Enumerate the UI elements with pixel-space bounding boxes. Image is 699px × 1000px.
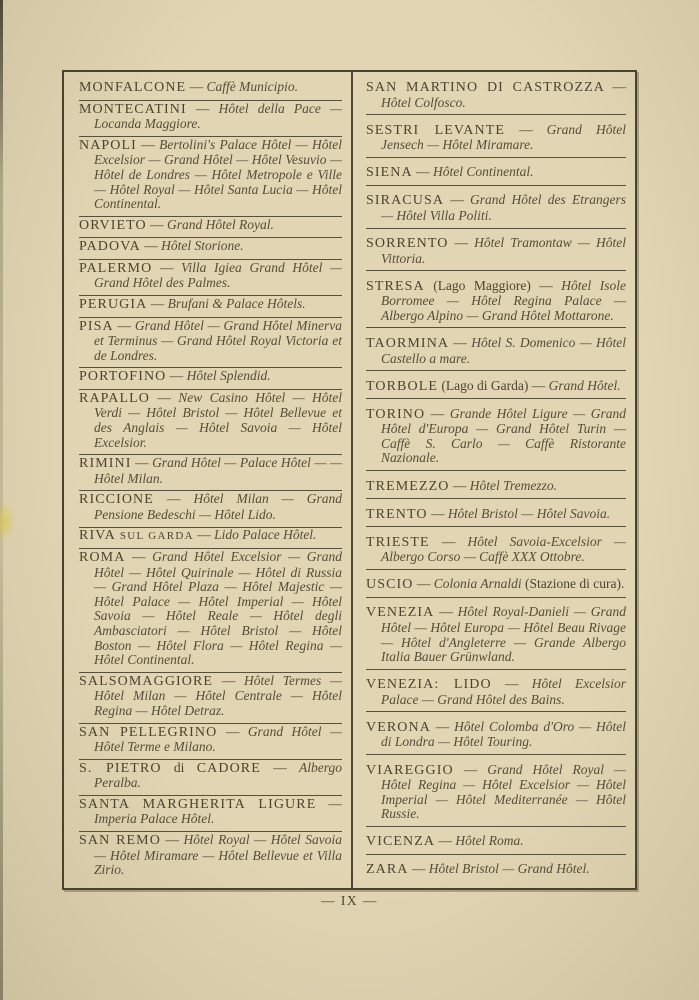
city-name: SANTA MARGHERITA LIGURE [79,797,316,812]
city-name: PORTOFINO [79,369,166,384]
column-right: SAN MARTINO DI CASTROZZA — Hôtel Colfosc… [353,72,635,888]
entry-block: VENEZIA: LIDO — Hôtel Excelsior Palace —… [366,677,626,712]
separator-text: (Lago Maggiore) — [425,278,562,293]
directory-entry: SAN PELLEGRINO — Grand Hôtel — Hôtel Ter… [79,725,342,755]
city-name: ZARA [366,862,409,877]
city-name: SORRENTO [366,236,448,251]
city-name: VENEZIA [366,605,434,620]
hotel-list: Lido Palace Hôtel. [214,527,316,542]
directory-entry: VICENZA — Hôtel Roma. [366,834,626,850]
directory-entry: SESTRI LEVANTE — Grand Hôtel Jensech — H… [366,123,626,153]
entry-rule [366,327,626,328]
entry-block: RIMINI — Grand Hôtel — Palace Hôtel — — … [79,456,342,491]
entry-block: VERONA — Hôtel Colomba d'Oro — Hôtel di … [366,720,626,755]
separator-text: — [114,318,135,333]
city-name: SAN REMO [79,833,161,848]
city-name: RICCIONE [79,492,154,507]
directory-entry: PERUGIA — Brufani & Palace Hôtels. [79,297,342,313]
entry-block: S. PIETRO di CADORE — Albergo Peralba. [79,761,342,796]
entry-block: PADOVA — Hôtel Storione. [79,239,342,260]
column-left: MONFALCONE — Caffè Municipio.MONTECATINI… [64,72,353,888]
directory-entry: VERONA — Hôtel Colomba d'Oro — Hôtel di … [366,720,626,750]
separator-text: — [154,491,194,506]
directory-entry: RAPALLO — New Casino Hôtel — Hôtel Verdi… [79,391,342,450]
entry-block: SAN REMO — Hôtel Royal — Hôtel Savoia — … [79,833,342,878]
city-name: TORINO [366,407,425,422]
directory-entry: MONTECATINI — Hôtel della Pace — Locanda… [79,102,342,132]
entry-block: SANTA MARGHERITA LIGURE — Imperia Palace… [79,797,342,832]
directory-entry: SAN MARTINO DI CASTROZZA — Hôtel Colfosc… [366,80,626,110]
entry-rule [366,370,626,371]
separator-text: — [217,724,247,739]
entry-block: SIRACUSA — Grand Hôtel des Etrangers — H… [366,193,626,228]
directory-entry: ORVIETO — Grand Hôtel Royal. [79,218,342,234]
entry-block: TORINO — Grande Hôtel Ligure — Grand Hôt… [366,407,626,471]
directory-entry: MONFALCONE — Caffè Municipio. [79,80,342,96]
entry-rule [366,754,626,755]
entry-block: PISA — Grand Hôtel — Grand Hôtel Minerva… [79,319,342,369]
city-name: PALERMO [79,261,152,276]
directory-entry: PORTOFINO — Hôtel Splendid. [79,369,342,385]
separator-text: — [449,335,471,350]
entry-rule [366,398,626,399]
directory-entry: PALERMO — Villa Igiea Grand Hôtel — Gran… [79,261,342,291]
directory-entry: SIENA — Hôtel Continental. [366,165,626,181]
hotel-list: Hôtel Storione. [161,238,244,253]
page-number: — IX — [62,893,637,909]
entry-rule [366,569,626,570]
separator-text: — [186,79,206,94]
separator-text: — [125,549,152,564]
entry-block: ZARA — Hôtel Bristol — Grand Hôtel. [366,862,626,878]
entry-block: TAORMINA — Hôtel S. Domenico — Hôtel Cas… [366,336,626,371]
separator-text: — [152,260,181,275]
separator-text: — [147,296,167,311]
city-name: SIRACUSA [366,193,444,208]
directory-entry: SORRENTO — Hôtel Tramontaw — Hôtel Vitto… [366,236,626,266]
entry-block: USCIO — Colonia Arnaldi (Stazione di cur… [366,577,626,598]
entry-block: MONFALCONE — Caffè Municipio. [79,80,342,101]
city-name: SAN PELLEGRINO [79,725,217,740]
separator-text: — [431,719,454,734]
city-name: VICENZA [366,834,435,849]
city-name: PADOVA [79,239,141,254]
city-name: TREMEZZO [366,479,449,494]
city-name: RIMINI [79,456,131,471]
separator-text: — [137,137,159,152]
city-name: SAN MARTINO DI CASTROZZA [366,80,605,95]
hotel-list: Grand Hôtel Excelsior — Grand Hôtel — Hô… [94,549,342,667]
directory-entry: RIMINI — Grand Hôtel — Palace Hôtel — — … [79,456,342,486]
city-name: SESTRI LEVANTE [366,123,505,138]
city-name: MONFALCONE [79,80,186,95]
directory-entry: TRENTO — Hôtel Bristol — Hôtel Savoia. [366,507,626,523]
entry-block: ORVIETO — Grand Hôtel Royal. [79,218,342,239]
city-name: SIENA [366,165,413,180]
separator-text: (Lago di Garda) — [438,378,549,393]
directory-entry: SIRACUSA — Grand Hôtel des Etrangers — H… [366,193,626,223]
entry-block: STRESA (Lago Maggiore) — Hôtel Isole Bor… [366,279,626,329]
city-name: ORVIETO [79,218,147,233]
separator-text: — [492,676,532,691]
directory-entry: ROMA — Grand Hôtel Excelsior — Grand Hôt… [79,550,342,668]
entry-rule [79,795,342,796]
entry-block: SALSOMAGGIORE — Hôtel Termes — Hôtel Mil… [79,674,342,724]
directory-entry: TRIESTE — Hôtel Savoia-Excelsior — Alber… [366,535,626,565]
hotel-list: Imperia Palace Hôtel. [94,811,214,826]
hotel-list: Hôtel Tremezzo. [470,478,557,493]
hotel-list: Caffè Municipio. [206,79,298,94]
directory-entry: TORINO — Grande Hôtel Ligure — Grand Hôt… [366,407,626,466]
entry-rule [366,826,626,827]
city-name: STRESA [366,279,425,294]
city-name: S. PIETRO [79,761,162,776]
entry-rule [366,711,626,712]
entry-rule [366,228,626,229]
directory-entry: SANTA MARGHERITA LIGURE — Imperia Palace… [79,797,342,827]
directory-entry: VIAREGGIO — Grand Hôtel Royal — Hôtel Re… [366,763,626,822]
entry-block: ROMA — Grand Hôtel Excelsior — Grand Hôt… [79,550,342,673]
separator-text: — [425,406,450,421]
hotel-list: Grand Hôtel. [549,378,621,393]
entry-block: VIAREGGIO — Grand Hôtel Royal — Hôtel Re… [366,763,626,827]
entry-block: VENEZIA — Hôtel Royal-Danieli — Grand Hô… [366,605,626,669]
city-name: TAORMINA [366,336,449,351]
separator-text: — [448,235,474,250]
directory-entry: TREMEZZO — Hôtel Tremezzo. [366,479,626,495]
separator-text: — [213,673,244,688]
entry-block: SORRENTO — Hôtel Tramontaw — Hôtel Vitto… [366,236,626,271]
entry-rule [366,669,626,670]
entry-rule [366,470,626,471]
entry-block: SAN PELLEGRINO — Grand Hôtel — Hôtel Ter… [79,725,342,760]
separator-text: — [434,604,457,619]
separator-text: — [141,238,161,253]
city-name: TORBOLE [366,379,438,394]
separator-text: (Stazione di cura). [525,576,624,591]
entry-block: TORBOLE (Lago di Garda) — Grand Hôtel. [366,379,626,400]
entry-rule [366,114,626,115]
entry-rule [366,157,626,158]
city-name: RAPALLO [79,391,150,406]
separator-text: — [131,455,152,470]
separator-text: — [409,861,429,876]
separator-text: — [444,192,470,207]
directory-entry: RIVA SUL GARDA — Lido Palace Hôtel. [79,528,342,544]
entry-rule [366,597,626,598]
entry-block: TRIESTE — Hôtel Savoia-Excelsior — Alber… [366,535,626,570]
city-name: TRENTO [366,507,428,522]
separator-text: — [413,164,433,179]
entry-rule [366,854,626,855]
entry-block: RIVA SUL GARDA — Lido Palace Hôtel. [79,528,342,549]
page-edge-line [0,0,3,1000]
separator-text: — [261,760,299,775]
hotel-list: Hôtel Bristol — Hôtel Savoia. [448,506,610,521]
separator-text: — [187,101,219,116]
hotel-list: Hôtel Colfosco. [381,95,466,110]
hotel-list: Colonia Arnaldi [434,576,525,591]
directory-entry: PISA — Grand Hôtel — Grand Hôtel Minerva… [79,319,342,364]
city-name: PERUGIA [79,297,147,312]
directory-entry: S. PIETRO di CADORE — Albergo Peralba. [79,761,342,791]
separator-text: — [414,576,434,591]
city-name: VERONA [366,720,431,735]
city-name: SUL GARDA [116,530,194,542]
entry-block: PALERMO — Villa Igiea Grand Hôtel — Gran… [79,261,342,296]
entry-rule [366,270,626,271]
entry-block: NAPOLI — Bertolini's Palace Hôtel — Hôte… [79,138,342,217]
hotel-list: Brufani & Palace Hôtels. [168,296,306,311]
separator-text: — [194,527,214,542]
city-name: VIAREGGIO [366,763,454,778]
scanned-page: MONFALCONE — Caffè Municipio.MONTECATINI… [0,0,699,1000]
hotel-list: Hôtel Bristol — Grand Hôtel. [429,861,590,876]
city-name: RIVA [79,528,116,543]
separator-text: — [428,506,448,521]
separator-text: — [605,79,626,94]
separator-text: — [150,390,178,405]
directory-entry: TORBOLE (Lago di Garda) — Grand Hôtel. [366,379,626,395]
entry-block: SAN MARTINO DI CASTROZZA — Hôtel Colfosc… [366,80,626,115]
separator-text: — [454,762,488,777]
separator-text: — [430,534,468,549]
entry-rule [366,526,626,527]
directory-entry: NAPOLI — Bertolini's Palace Hôtel — Hôte… [79,138,342,212]
city-name: ROMA [79,550,125,565]
directory-entry: PADOVA — Hôtel Storione. [79,239,342,255]
hotel-list: Hôtel Roma. [455,833,523,848]
directory-entry: TAORMINA — Hôtel S. Domenico — Hôtel Cas… [366,336,626,366]
entry-block: PORTOFINO — Hôtel Splendid. [79,369,342,390]
separator-text: — [316,796,342,811]
entry-block: SIENA — Hôtel Continental. [366,165,626,186]
entry-block: MONTECATINI — Hôtel della Pace — Locanda… [79,102,342,137]
entry-block: RAPALLO — New Casino Hôtel — Hôtel Verdi… [79,391,342,455]
separator-text: di [162,760,197,775]
city-name: USCIO [366,577,414,592]
city-name: VENEZIA: LIDO [366,677,492,692]
directory-entry: ZARA — Hôtel Bristol — Grand Hôtel. [366,862,626,878]
city-name: TRIESTE [366,535,430,550]
city-name: PISA [79,319,114,334]
entry-block: RICCIONE — Hôtel Milan — Grand Pensione … [79,492,342,527]
directory-entry: VENEZIA: LIDO — Hôtel Excelsior Palace —… [366,677,626,707]
entry-block: TREMEZZO — Hôtel Tremezzo. [366,479,626,500]
separator-text: — [147,217,167,232]
hotel-list: Hôtel Continental. [433,164,534,179]
separator-text: — [435,833,455,848]
directory-frame: MONFALCONE — Caffè Municipio.MONTECATINI… [62,70,637,890]
directory-entry: SALSOMAGGIORE — Hôtel Termes — Hôtel Mil… [79,674,342,719]
directory-entry: SAN REMO — Hôtel Royal — Hôtel Savoia — … [79,833,342,878]
city-name: MONTECATINI [79,102,187,117]
entry-rule [366,185,626,186]
entry-block: SESTRI LEVANTE — Grand Hôtel Jensech — H… [366,123,626,158]
directory-entry: USCIO — Colonia Arnaldi (Stazione di cur… [366,577,626,593]
directory-entry: VENEZIA — Hôtel Royal-Danieli — Grand Hô… [366,605,626,664]
directory-entry: RICCIONE — Hôtel Milan — Grand Pensione … [79,492,342,522]
entry-block: PERUGIA — Brufani & Palace Hôtels. [79,297,342,318]
separator-text: — [161,832,184,847]
hotel-list: Hôtel Splendid. [187,368,271,383]
entry-rule [366,498,626,499]
entry-block: VICENZA — Hôtel Roma. [366,834,626,855]
separator-text: — [166,368,186,383]
separator-text: — [505,122,547,137]
city-name: NAPOLI [79,138,137,153]
separator-text: — [449,478,469,493]
directory-entry: STRESA (Lago Maggiore) — Hôtel Isole Bor… [366,279,626,324]
city-name: SALSOMAGGIORE [79,674,213,689]
entry-block: TRENTO — Hôtel Bristol — Hôtel Savoia. [366,507,626,528]
hotel-list: Grand Hôtel Royal. [167,217,274,232]
city-name: CADORE [197,761,261,776]
